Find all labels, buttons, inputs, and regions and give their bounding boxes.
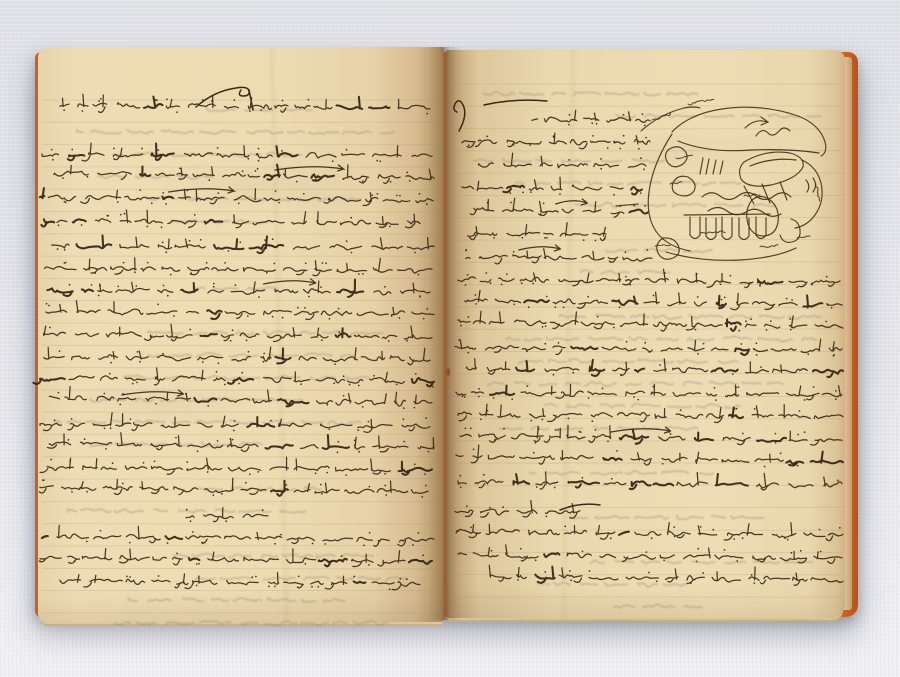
- manuscript-page-right: [446, 50, 845, 618]
- scene-caption: Photograph of an open notebook manuscrip…: [0, 0, 1, 1]
- manuscript-page-left: [38, 47, 444, 622]
- photograph-of-notebook: Photograph of an open notebook manuscrip…: [0, 0, 900, 677]
